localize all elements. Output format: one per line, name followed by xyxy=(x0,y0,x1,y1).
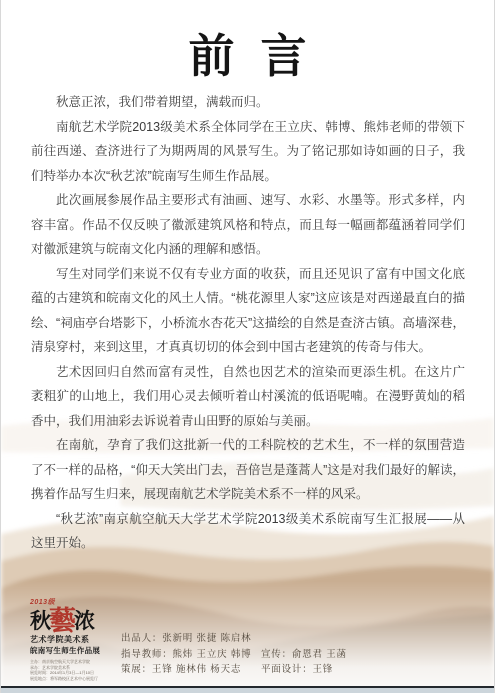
credit-row: 指导教师：熊炜 王立庆 韩博 宣传：俞恩君 王菡 xyxy=(121,647,347,663)
credit-advisors: 指导教师：熊炜 王立庆 韩博 xyxy=(121,647,261,663)
preface-paragraph: 写生对同学们来说不仅有专业方面的收获，而且还见识了富有中国文化底蕴的古建筑和皖南… xyxy=(31,262,465,360)
logo-title: 秋 藝 浓 xyxy=(30,607,122,632)
exhibition-logo: 2013级 秋 藝 浓 艺术学院美术系 皖南写生师生作品展 主办：南京航空航天大… xyxy=(30,597,122,681)
credit-row: 策展：王锋 施林伟 杨天志 平面设计：王锋 xyxy=(121,662,347,678)
credit-publicity: 宣传：俞恩君 王菡 xyxy=(261,647,347,663)
preface-paragraph: “秋艺浓”南京航空航天大学艺术学院2013级美术系皖南写生汇报展——从这里开始。 xyxy=(31,507,465,556)
logo-subtitle-department: 艺术学院美术系 xyxy=(30,634,122,645)
preface-paragraph: 秋意正浓，我们带着期望，满载而归。 xyxy=(31,90,465,115)
preface-body: 秋意正浓，我们带着期望，满载而归。 南航艺术学院2013级美术系全体同学在王立庆… xyxy=(31,90,465,556)
preface-paragraph: 在南航，孕育了我们这批新一代的工科院校的艺术生，不一样的氛围营造了不一样的品格，… xyxy=(31,433,465,507)
logo-class-year: 2013级 xyxy=(30,597,122,607)
credits-block: 出品人：张新明 张捷 陈启林 指导教师：熊炜 王立庆 韩博 宣传：俞恩君 王菡 … xyxy=(121,631,347,678)
logo-subtitle-exhibition: 皖南写生师生作品展 xyxy=(30,645,122,656)
credit-curators: 策展：王锋 施林伟 杨天志 xyxy=(121,662,261,678)
page-title: 前言 xyxy=(1,20,494,86)
credit-row: 出品人：张新明 张捷 陈启林 xyxy=(121,631,347,647)
logo-fineprint-line: 展览地点：将军路校区艺术中心展览厅 xyxy=(30,676,122,682)
logo-fineprint: 主办：南京航空航天大学艺术学院 承办：艺术学院美术系 展览时间：2014年1月3… xyxy=(30,659,122,681)
preface-paragraph: 此次画展参展作品主要形式有油画、速写、水彩、水墨等。形式多样，内容丰富。作品不仅… xyxy=(31,188,465,262)
credit-design: 平面设计：王锋 xyxy=(261,662,333,678)
logo-red-seal-character: 藝 xyxy=(49,608,76,635)
logo-title-char-qiu: 秋 xyxy=(30,611,51,632)
preface-paragraph: 艺术因回归自然而富有灵性，自然也因艺术的渲染而更添生机。在这片广袤粗犷的山地上，… xyxy=(31,360,465,434)
poster-bottom-strip xyxy=(1,688,494,693)
preface-poster-page: 前言 秋意正浓，我们带着期望，满载而归。 南航艺术学院2013级美术系全体同学在… xyxy=(0,0,495,693)
logo-title-char-nong: 浓 xyxy=(74,611,95,632)
credit-producer: 出品人：张新明 张捷 陈启林 xyxy=(121,631,251,647)
preface-paragraph: 南航艺术学院2013级美术系全体同学在王立庆、韩博、熊炜老师的带领下前往西递、查… xyxy=(31,115,465,189)
